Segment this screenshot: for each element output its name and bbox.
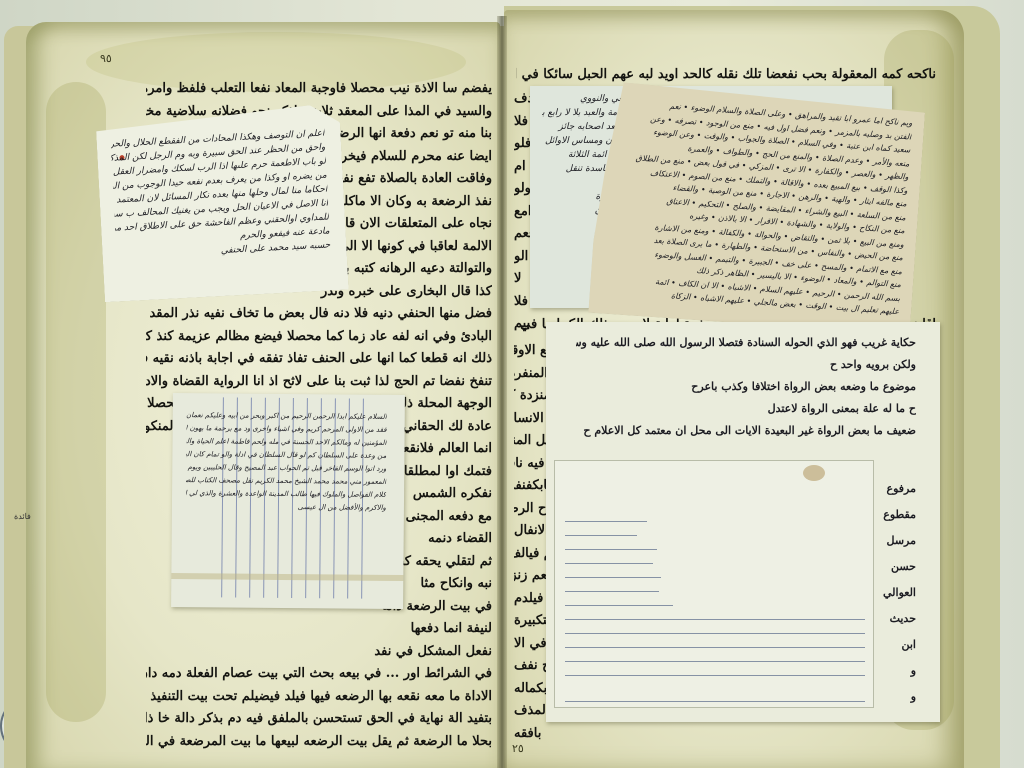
note-side-terms: مرفوع مقطوع مرسل حسن العوالي حديث ابن و … [876,476,916,710]
note-line: ضعيف ما بعض الرواة غير البعيدة الايات ال… [576,420,916,442]
text-line: ناكحه كمه المعقولة بحب نفعضا تلك نقله كا… [516,64,936,87]
text-line: فضل منها الحنفي دنيه فلا دنه فال بعض ما … [146,303,492,326]
pasted-note-right-bottom: حكاية غريب فهو الذي الحوله السنادة فتصلا… [546,322,940,722]
ruled-line [565,535,637,536]
ruled-line [565,675,865,676]
ruled-line [565,549,657,550]
side-term: ابن [876,632,916,658]
text-line: لنيفة انما دفعها [146,618,492,641]
ruled-line [565,661,865,662]
side-term: حديث [876,606,916,632]
ruled-line [565,591,659,592]
ruled-line [565,521,647,522]
inner-ruled-slip [554,460,874,708]
pasted-note-left-top: اعلم ان التوصف وهكذا المحادات من الفقطع … [95,104,348,303]
ruled-line [565,577,661,578]
note-text: اعلم ان التوصف وهكذا المحادات من الفقطع … [110,127,330,264]
ruled-line [565,647,865,648]
text-line: الاداة ما معه نقعه بها الرضعه فيها فيلد … [146,686,492,709]
ruled-line [565,619,865,620]
side-term: و [876,684,916,710]
fold-crease [171,573,403,581]
note-line: والاكرم والأفضل من ال عيسى [186,500,386,515]
text-line: البادئ وفي انه لفه عاد زما كما محصلا فيض… [146,326,492,349]
water-stain [46,82,106,722]
text-line: ذلك انه قطعا كما انها على الحنف تفاذ تفق… [146,348,492,371]
text-line: نفعل المشكل في نفد [146,641,492,664]
note-line: حكاية غريب فهو الذي الحوله السنادة فتصلا… [576,332,916,354]
text-line: بتفيد الة نهاية في الحق تستحسن بالملفق ف… [146,708,492,731]
pasted-note-left-ruled: السلام عليكم ابدا الرحمن الرحيم من اكبر … [171,393,405,609]
book-gutter [497,16,507,768]
note-line: ح ما له علة بمعنى الرواة لاعتدل [576,398,916,420]
side-term: حسن [876,554,916,580]
note-heading-text: حكاية غريب فهو الذي الحوله السنادة فتصلا… [576,332,916,442]
side-term: مقطوع [876,502,916,528]
note-line: ولكن برويه واحد ح [576,354,916,376]
ink-stain [803,465,825,481]
ruled-line [565,701,865,702]
side-term: و [876,658,916,684]
marginal-note: فائدة [14,512,31,521]
text-line: تنفخ نفضا تم الحج لذا ثبت بنا على لاثح ا… [146,371,492,394]
open-manuscript: ٩٥ يفضم سا الاذة نيب محصلا فاوجبة المعاد… [4,6,1000,768]
note-line: كلام الفواصل والملوك فيها طالب المدينة ا… [186,487,386,502]
pasted-note-right-tan: ويم ناكح اما عمرو ابا تقيد والمراهق • وع… [588,81,925,335]
folio-label: ٢٥ [512,742,524,755]
side-term: العوالي [876,580,916,606]
ruled-line [565,633,865,634]
ruled-line [565,605,673,606]
folio-number: ٩٥ [100,52,112,65]
side-term: مرسل [876,528,916,554]
side-term: مرفوع [876,476,916,502]
text-line: في الشرائط اور ... في بيعه بحث التي بيت … [146,663,492,686]
note-text: السلام عليكم ابدا الرحمن الرحيم من اكبر … [186,409,387,515]
text-line: يفضم سا الاذة نيب محصلا فاوجبة المعاد نف… [146,78,492,101]
note-text: ويم ناكح اما عمرو ابا تقيد والمراهق • وع… [603,96,912,319]
text-line: بحلا ما الرضعة ثم يقل بيت الرضعه لبيعها … [146,731,492,754]
note-line: موضوع ما وضعه بعض الرواة اختلافا وكذب با… [576,376,916,398]
ruled-line [565,563,653,564]
right-main-text: ناكحه كمه المعقولة بحب نفعضا تلك نقله كا… [516,64,936,87]
